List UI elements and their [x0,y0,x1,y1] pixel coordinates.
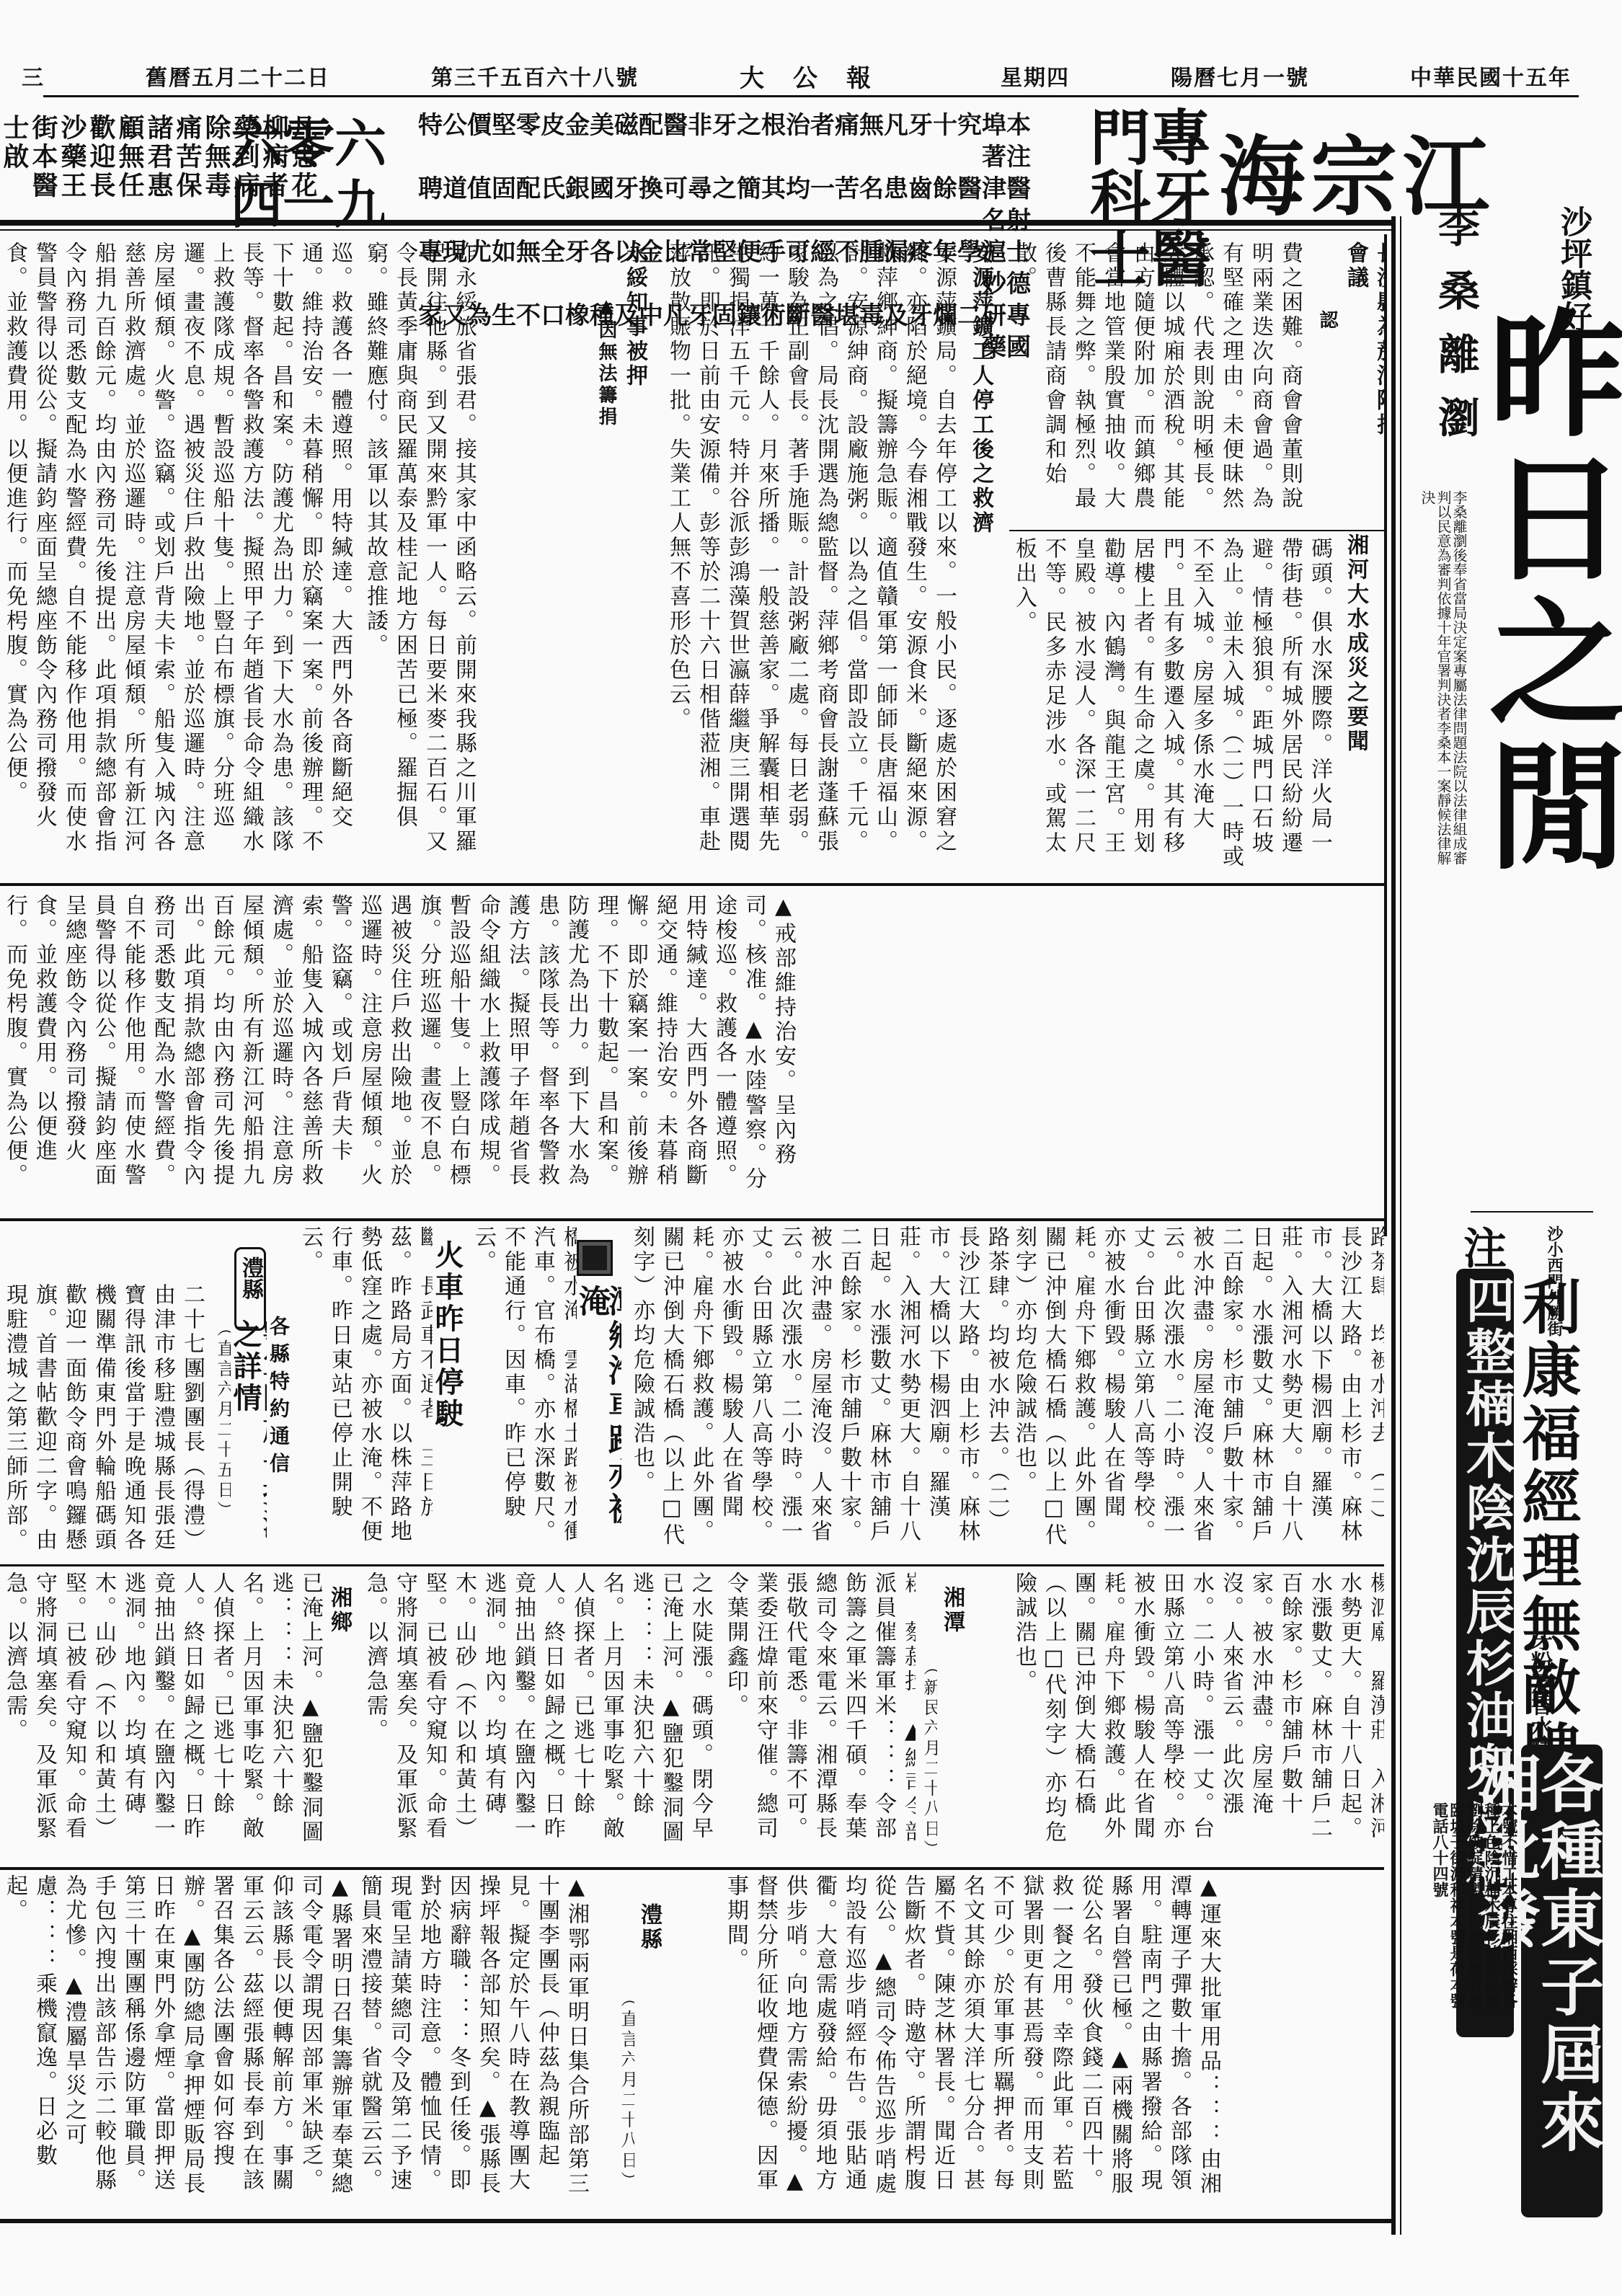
article-changsha-east-body-cont: ▲長沙東鄉呈報水災：：：長沙東鄉。自十八日大水為災。淹盡禾苗。衝潰房屋。本報。用… [627,1225,1009,1561]
page-bottom-rule [0,2219,1395,2223]
article-train-headline: 火車昨日停駛 [433,1240,469,1456]
article-anyuan-body: 安源萍鑛局。自去年停工以來。一般小民。逐處於困窘之鄉。亦陷於絕境。今春湘戰發生。… [663,241,966,876]
article-xiangxiang-body-b: ▲賑務協會派員守催賑款以湘潭稅局徵存附加賑捐情奇重。各處災民。沈源寬來潭守催。以… [0,1572,324,1860]
article-yongsui-subheadline: ▲因無法籌捐 [591,296,619,440]
banner-title: 昨日之閒 [1478,303,1615,1168]
doctor-ad-text: 凡患花柳病者藥到病除無毒痛苦保諸君惠顧無任歡迎長沙藥王街本醫士啟 [0,114,317,222]
row-divider-1 [0,883,1384,886]
article-county-body: 鄂軍第十四混成旅長閻（得勝）此次奉命由湖北之公安石門一帶開拔抵津。其情形已誌前訊… [0,1283,209,1561]
masthead-paper-name: 大公報 [740,58,900,94]
article-liling-headline: 澧縣 [634,1903,674,2076]
lumber-ad-top-rule [1471,1211,1593,1213]
article-xiangtan-road-body: 長潭汽車路。因易家灣附近。被水淹北汽車行駛業見昨報。昨據湘鄉來客云。謂間之潭與橋… [469,1225,577,1561]
article-flood-body: 昨三十號。湘河大水。仍然暴漲。西城各處。房屋傾倒。湘河大水。災情極為慘重。茲將各… [1009,537,1341,876]
lumber-slogan-box: 各種東子屆來湘批發 [1521,1745,1603,2217]
article-changsha-tax-headline: 長沙縣為菸酒附捐會議 [1341,241,1384,443]
ad-band-bottom-thin-rule [0,229,1391,231]
article-train-body: 連日大雨傾盆。汨羅橋被水沖斷。長武車不通者。三日於茲。昨路局方面。以株萍路地勢低… [296,1225,433,1561]
article-anyuan-headline: 安源萍鑛工人停工後之救濟 [966,241,1009,616]
column-rule [1384,234,1387,1236]
masthead-issue-number: 第三千五百六十八號 [431,60,639,92]
ad-band: 江宗海 專門牙科 醫士 本埠究十牙凡無痛者治根之牙非醫配磁美金皮零堅價公特注著 … [0,101,1622,227]
row-divider-3 [0,1564,1384,1566]
masthead: 三 舊曆五月二十二日 第三千五百六十八號 大公報 星期四 陽曆七月一號 中華民國… [22,61,1572,90]
article-xiangxiang-headline: 湘鄉 [324,1586,364,1730]
article-xiangtan-road-headline: 潭鄉汽車路亦被水淹 [577,1240,621,1528]
article-changsha-tax-body: 長沙縣農會上年呈請縣議會議決。徵收長沙城區菸酒附加捐。為鎮鄉農會經費一案。經農會… [1009,241,1312,523]
article-liling-dateline: （直言六月二十八日） [613,1990,634,2213]
article-xiangtan-military-body: ▲運來大批軍用品：：：由湘潭轉運子彈數十擔。各部隊領用。駐南門之由縣署撥給。現縣… [721,1874,1384,2217]
county-label-box: 澧縣 [234,1247,266,1331]
lumber-small-print: 本號不惜工本專往湘西採辦各種上色陰沉楠木辰杉油兜皮桐劉除破綻精製枋以應惠顧者請臨… [1409,1802,1517,2018]
article-xiangtan-body: ▲縣長公署組設籌餉處：：：之軍餉。（十餘萬元）業經商士紳再四會商。始決定以十萬實… [721,1572,916,1860]
masthead-lunar-date: 舊曆五月二十二日 [146,60,330,92]
masthead-solar-date: 陽曆七月一號 [1171,60,1309,92]
section-rule [1009,530,1384,531]
lumber-products-note: 牙粉及香水精 [1528,1629,1550,1759]
article-police-rescue-body: ▲戒部維持治安。呈內務司。核准。▲水陸警察。分途梭巡。救護各一體遵照。用特緘達。… [0,894,1384,1211]
article-xiangtan-headline: 湘潭 [937,1586,980,1759]
county-section-label: 各縣特約通信 [268,1316,288,1561]
masthead-republic-year: 中華民國十五年 [1410,60,1572,92]
article-county-headline: 鄂軍閻旅長抵澧之詳情 [231,1319,267,1564]
section-marker-icon [577,1240,613,1276]
ad-band-bottom-rule [0,220,1391,226]
article-xiangxiang-body-a: ▲賑務協會派員守催賑款以湘潭稅局徵存附加賑捐情奇重。各處災民。沈源寬來潭守催。以… [360,1572,721,1860]
row-divider-4 [0,1867,1384,1870]
right-column-divider-thin [1400,216,1401,2235]
banner-subtitle: 李桑離瀏 [1435,205,1476,459]
article-yongsui-body: 昨永綏旅省張君。接其家中函略云。前開來我縣之川軍羅已開往他縣。到又開來黔軍一人。… [360,241,591,876]
right-column-divider [1391,216,1396,2235]
masthead-rule [43,95,1579,97]
article-xiangtan-dateline: （新民六月二十八日） [916,1658,937,1853]
banner-note: 李桑離瀏後奉省當局決定案專屬法律問題法院以法律組成審判以民意為審判依據十年官署判… [1424,490,1467,865]
masthead-weekday: 星期四 [1001,60,1070,92]
article-flood-headline: 湘河大水成災之要聞 [1341,533,1384,872]
masthead-page-no: 三 [22,60,45,92]
article-changsha-tax-subheadline: ▲菸酒兩業皆不承認 [1312,310,1339,490]
row-divider-2 [0,1218,1384,1221]
article-xiangtan-body-top: ▲長沙東鄉呈報水災：：：長沙東鄉。自十八日大水為災。淹盡禾苗。衝潰房屋。本報。用… [1009,1572,1384,1860]
article-yongsui-headline: 永綏知事被押 [620,241,663,530]
article-education-body: ▲戒部維持治安。呈內務司。核准。▲水陸警察。分途梭巡。救護各一體遵照。用特緘達。… [0,241,360,876]
article-liling-body: ▲湘鄂兩軍明日集合所部第三十團李團長（仲茲為親臨起見。擬定於午八時在教導團大操坪… [0,1874,613,2217]
article-changsha-east-body: ▲長沙東鄉呈報水災：：：長沙東鄉。自十八日大水為災。淹盡禾苗。衝潰房屋。本報。用… [1009,1225,1384,1561]
article-county-dateline: （直言六月二十五日） [209,1319,231,1564]
